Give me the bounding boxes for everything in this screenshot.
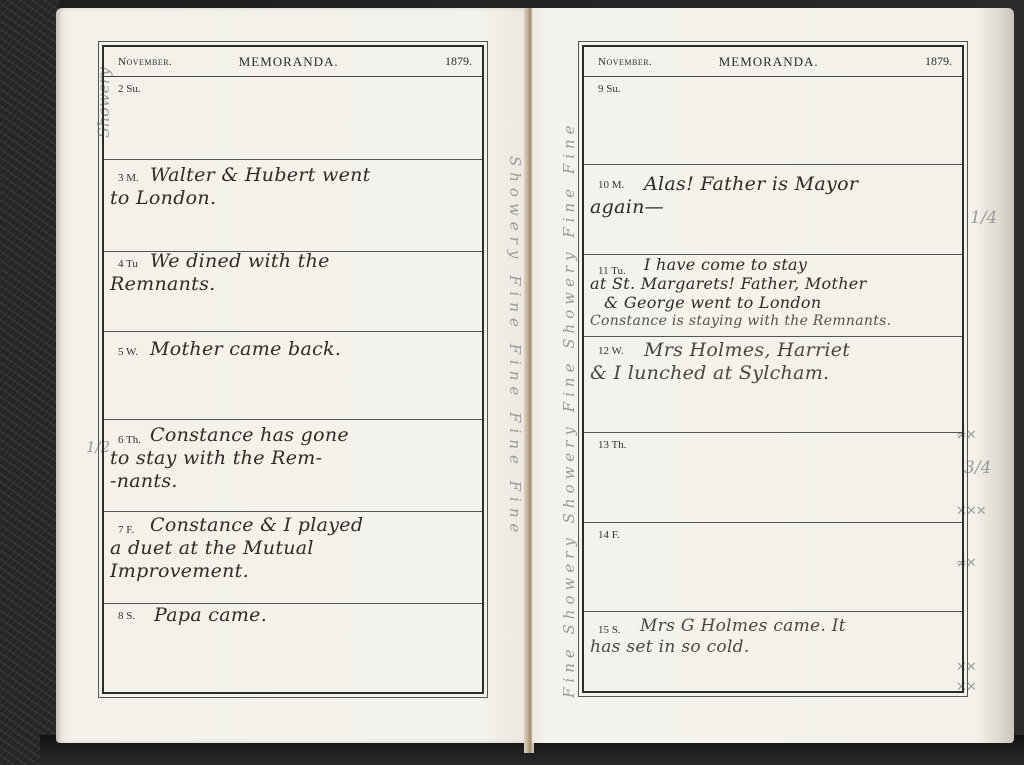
day-label: 7 F.: [118, 524, 134, 536]
day-entry: 2 Su.: [104, 77, 482, 160]
gutter-weather-notes: Showery Fine Fine Fine Fine: [506, 156, 524, 538]
gutter-weather-notes: Fine Showery Showery Fine Showery Fine F…: [560, 120, 578, 698]
page-header: November. MEMORANDA. 1879.: [104, 47, 482, 77]
header-month: November.: [118, 56, 172, 68]
day-label: 9 Su.: [598, 83, 621, 95]
day-label: 8 S.: [118, 610, 135, 622]
diary-entry: Mrs Holmes, Harriet & I lunched at Sylch…: [644, 339, 956, 385]
margin-note-fraction-mid: 3/4: [964, 458, 991, 478]
day-entry: 8 S. Papa came.: [104, 604, 482, 692]
day-label: 14 F.: [598, 529, 620, 541]
day-label: 10 M.: [598, 179, 624, 191]
day-entry: 5 W. Mother came back.: [104, 332, 482, 420]
day-label: 6 Th.: [118, 434, 141, 446]
day-label: 13 Th.: [598, 439, 627, 451]
diary-entry: Constance has gone to stay with the Rem-…: [150, 424, 476, 493]
diary-entry: I have come to stay at St. Margarets! Fa…: [644, 255, 956, 331]
day-label: 3 M.: [118, 172, 139, 184]
day-entry: 13 Th.: [584, 433, 962, 523]
diary-entry: Constance & I played a duet at the Mutua…: [150, 514, 476, 583]
memoranda-frame-left: November. MEMORANDA. 1879. 2 Su. 3 M. Wa…: [102, 45, 484, 694]
header-year: 1879.: [925, 54, 952, 69]
day-label: 2 Su.: [118, 83, 141, 95]
header-title: MEMORANDA.: [719, 54, 819, 70]
day-label: 4 Tu: [118, 258, 138, 270]
header-month: November.: [598, 56, 652, 68]
day-entry: 14 F.: [584, 523, 962, 612]
day-entry: 11 Tu. I have come to stay at St. Margar…: [584, 255, 962, 337]
day-entry: 12 W. Mrs Holmes, Harriet & I lunched at…: [584, 337, 962, 433]
diary-entry: Mother came back.: [150, 338, 476, 361]
diary-entry: Papa came.: [154, 604, 476, 627]
diary-entry: Mrs G Holmes came. It has set in so cold…: [640, 616, 956, 658]
day-label: 12 W.: [598, 345, 624, 357]
margin-note-fraction-top: 1/4: [970, 208, 997, 228]
diary-entry: Walter & Hubert went to London.: [150, 164, 476, 210]
day-label: 15 S.: [598, 624, 621, 636]
day-entry: 6 Th. Constance has gone to stay with th…: [104, 420, 482, 512]
day-entry: 9 Su.: [584, 77, 962, 165]
header-title: MEMORANDA.: [239, 54, 339, 70]
left-page: Showery 1/2 Showery Fine Fine Fine Fine …: [56, 8, 526, 743]
header-year: 1879.: [445, 54, 472, 69]
day-entry: 4 Tu We dined with the Remnants.: [104, 252, 482, 332]
day-entry: 7 F. Constance & I played a duet at the …: [104, 512, 482, 604]
page-header: November. MEMORANDA. 1879.: [584, 47, 962, 77]
day-entry: 3 M. Walter & Hubert went to London.: [104, 160, 482, 252]
right-page: Fine Showery Showery Fine Showery Fine F…: [532, 8, 1014, 743]
day-entry: 15 S. Mrs G Holmes came. It has set in s…: [584, 612, 962, 691]
memoranda-frame-right: November. MEMORANDA. 1879. 9 Su. 10 M. A…: [582, 45, 964, 693]
diary-entry: Alas! Father is Mayor again—: [644, 173, 956, 219]
diary-entry: We dined with the Remnants.: [150, 250, 476, 296]
day-label: 5 W.: [118, 346, 138, 358]
day-entry: 10 M. Alas! Father is Mayor again—: [584, 165, 962, 255]
book-spine: [0, 0, 58, 765]
